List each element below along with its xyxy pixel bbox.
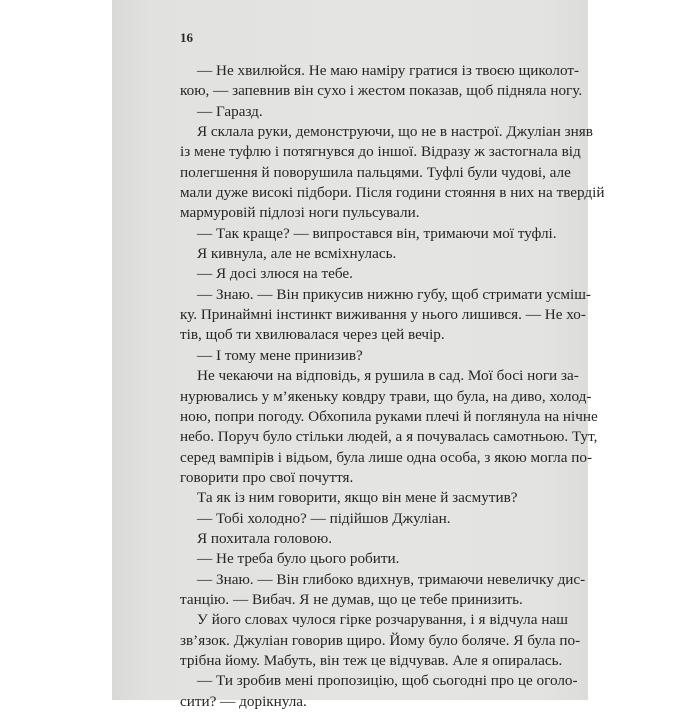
book-page: 16 — Не хвилюйся. Не маю наміру гратися … [112, 0, 588, 700]
page-number: 16 [180, 30, 193, 46]
text-line: — Так краще? — випростався він, тримаючи… [180, 224, 568, 244]
text-line: Я кивнула, але не всміхнулась. [180, 244, 568, 264]
text-line: — Тобі холодно? — підійшов Джуліан. [180, 509, 568, 529]
text-line: полегшення й поворушила пальцями. Туфлі … [180, 163, 568, 183]
text-line: — Знаю. — Він глибоко вдихнув, тримаючи … [180, 570, 568, 590]
text-line: У його словах чулося гірке розчарування,… [180, 610, 568, 630]
text-line: серед вампірів і відьом, була лише одна … [180, 448, 568, 468]
text-line: ною, попри погоду. Обхопила руками плечі… [180, 407, 568, 427]
text-line: тів, щоб ти хвилювалася через цей вечір. [180, 325, 568, 345]
text-line: — Знаю. — Він прикусив нижню губу, щоб с… [180, 285, 568, 305]
text-line: небо. Поруч було стільки людей, а я почу… [180, 427, 568, 447]
text-line: — Ти зробив мені пропозицію, щоб сьогодн… [180, 671, 568, 691]
text-line: сити? — дорікнула. [180, 692, 568, 700]
text-line: із мене туфлю і потягнувся до іншої. Від… [180, 142, 568, 162]
text-line: Та як із ним говорити, якщо він мене й з… [180, 488, 568, 508]
text-line: нурювались у м’якеньку ковдру трави, що … [180, 387, 568, 407]
text-line: трібна йому. Мабуть, він теж це відчував… [180, 651, 568, 671]
text-line: мармуровій підлозі ноги пульсували. [180, 203, 568, 223]
text-line: — Не треба було цього робити. [180, 549, 568, 569]
text-line: Не чекаючи на відповідь, я рушила в сад.… [180, 366, 568, 386]
text-line: зв’язок. Джуліан говорив щиро. Йому було… [180, 631, 568, 651]
text-line: — І тому мене принизив? [180, 346, 568, 366]
text-line: Я склала руки, демонструючи, що не в нас… [180, 122, 568, 142]
text-line: — Гаразд. [180, 102, 568, 122]
text-line: танцію. — Вибач. Я не думав, що це тебе … [180, 590, 568, 610]
body-text: — Не хвилюйся. Не маю наміру гратися із … [180, 61, 568, 700]
text-line: — Не хвилюйся. Не маю наміру гратися із … [180, 61, 568, 81]
text-line: Я похитала головою. [180, 529, 568, 549]
text-line: мали дуже високі підбори. Після години с… [180, 183, 568, 203]
text-line: ку. Принаймні інстинкт виживання у нього… [180, 305, 568, 325]
text-line: говорити про свої почуття. [180, 468, 568, 488]
text-line: — Я досі злюся на тебе. [180, 264, 568, 284]
text-line: кою, — запевнив він сухо і жестом показа… [180, 81, 568, 101]
